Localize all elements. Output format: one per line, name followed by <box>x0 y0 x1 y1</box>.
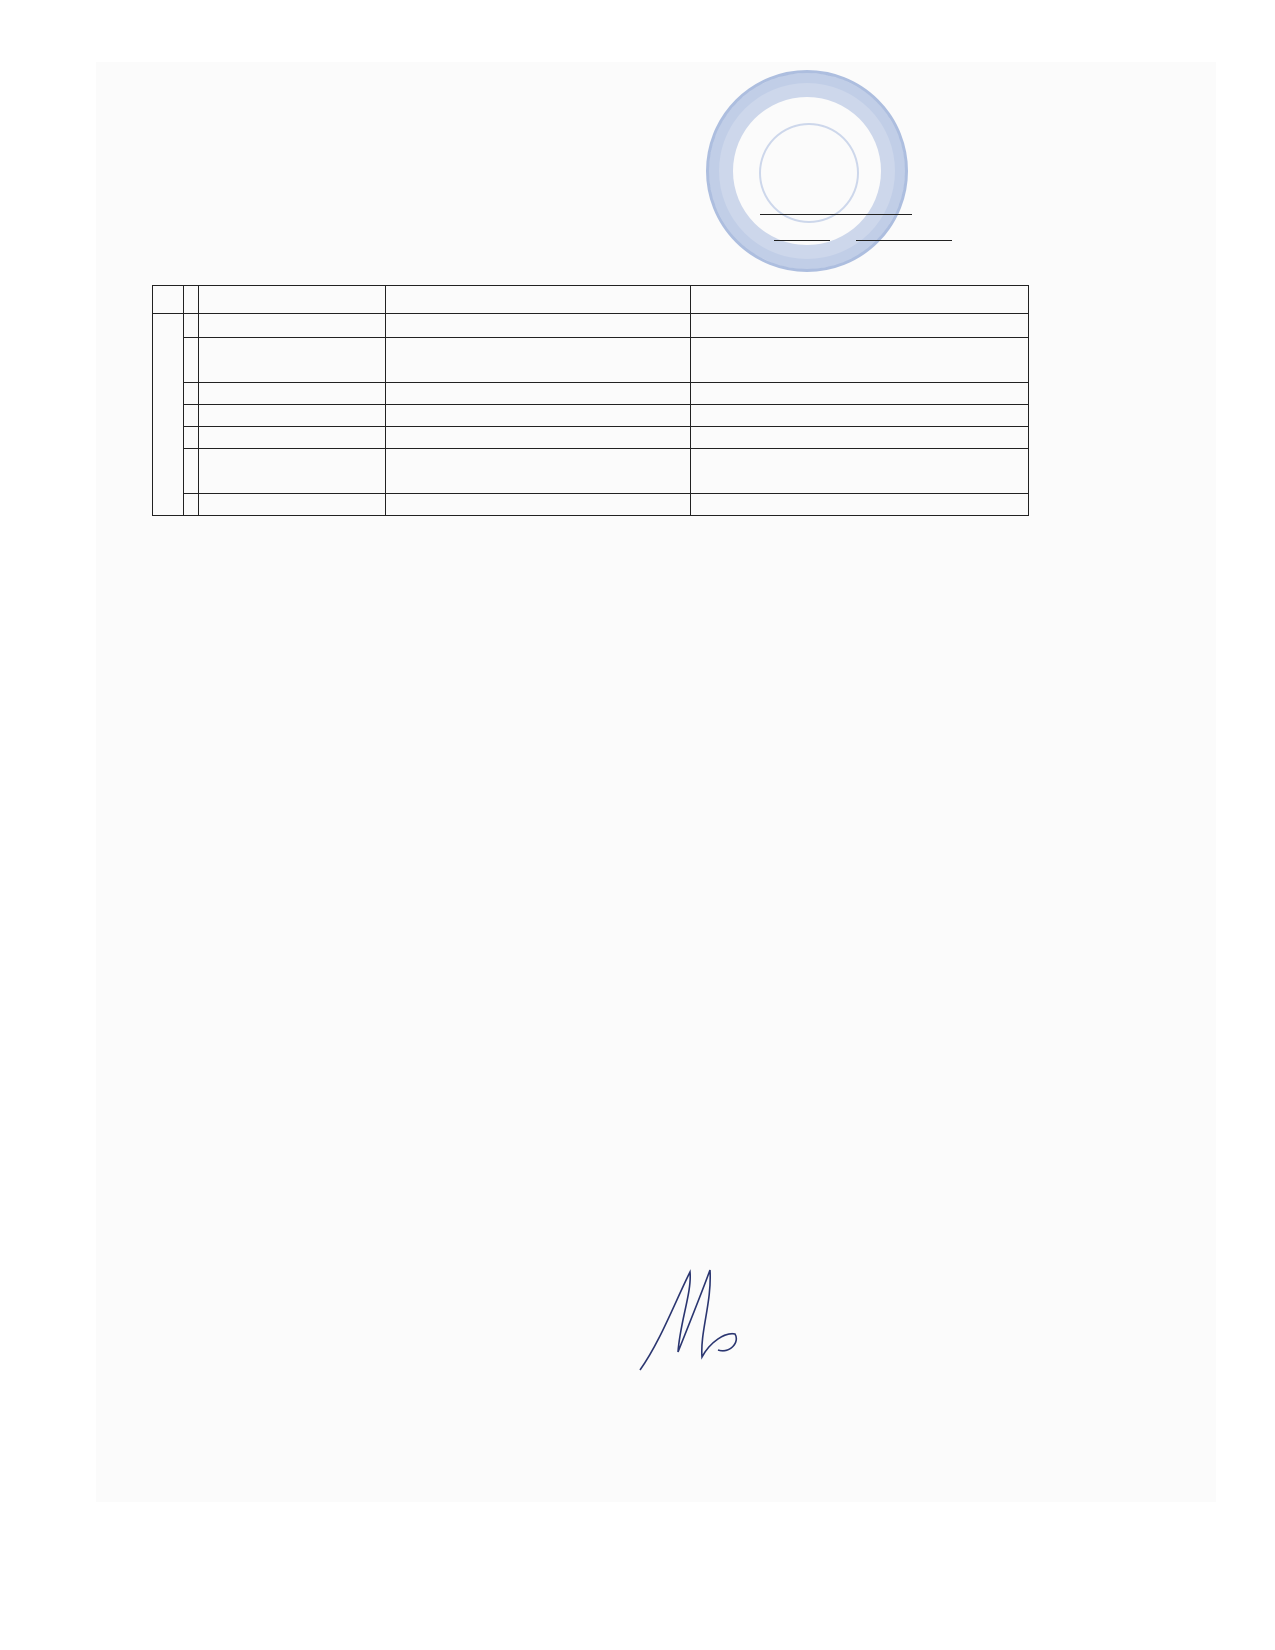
lesson-time <box>199 427 386 449</box>
lesson-number <box>184 449 199 494</box>
schedule-table <box>152 285 1029 516</box>
table-header-row <box>153 286 1029 314</box>
official-stamp <box>706 70 908 272</box>
subject-cell-11v <box>691 383 1029 405</box>
lesson-number <box>184 494 199 516</box>
lesson-time <box>199 405 386 427</box>
table-row <box>153 494 1029 516</box>
lesson-time <box>199 449 386 494</box>
subject-cell-11v <box>691 405 1029 427</box>
lesson-time <box>199 383 386 405</box>
lesson-number <box>184 405 199 427</box>
header-class-10v <box>386 286 691 314</box>
table-row <box>153 338 1029 383</box>
lesson-number <box>184 427 199 449</box>
lesson-number <box>184 383 199 405</box>
subject-cell-11v <box>691 338 1029 383</box>
subject-cell-10v <box>386 449 691 494</box>
signature-line <box>760 214 912 215</box>
table-row <box>153 405 1029 427</box>
subject-cell-10v <box>386 314 691 338</box>
subject-cell-10v <box>386 427 691 449</box>
subject-cell-10v <box>386 338 691 383</box>
header-day <box>153 286 184 314</box>
date-month-line <box>856 240 952 241</box>
lesson-time <box>199 338 386 383</box>
header-time <box>199 286 386 314</box>
deputy-signature <box>630 1262 750 1377</box>
subject-cell-10v <box>386 494 691 516</box>
header-class-11v <box>691 286 1029 314</box>
subject-cell-11v <box>691 449 1029 494</box>
table-row <box>153 427 1029 449</box>
table-row <box>153 449 1029 494</box>
subject-cell-10v <box>386 405 691 427</box>
header-num <box>184 286 199 314</box>
lesson-time <box>199 314 386 338</box>
subject-cell-10v <box>386 383 691 405</box>
lesson-number <box>184 338 199 383</box>
lesson-number <box>184 314 199 338</box>
day-label-cell <box>153 314 184 516</box>
date-day-line <box>774 240 830 241</box>
lesson-time <box>199 494 386 516</box>
subject-cell-11v <box>691 494 1029 516</box>
table-row <box>153 314 1029 338</box>
schedule-body <box>153 314 1029 516</box>
table-row <box>153 383 1029 405</box>
subject-cell-11v <box>691 314 1029 338</box>
subject-cell-11v <box>691 427 1029 449</box>
